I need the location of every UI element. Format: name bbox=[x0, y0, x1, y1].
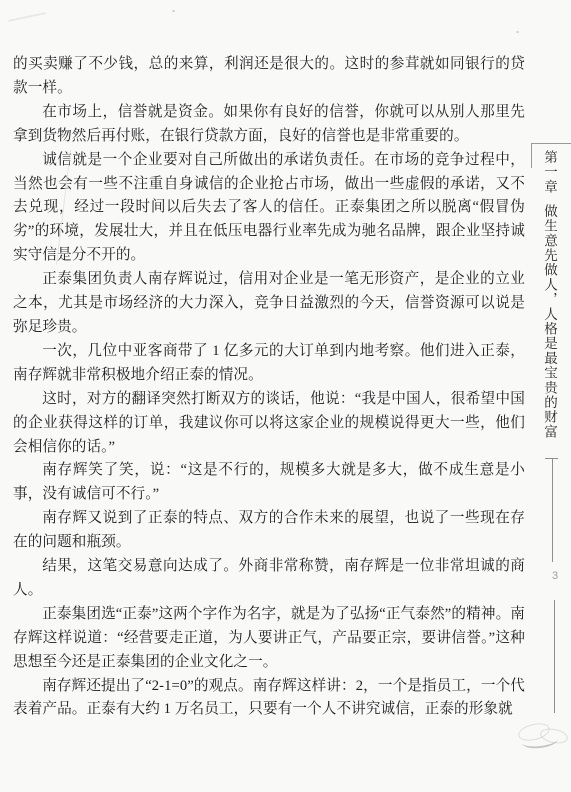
paragraph: 南存辉又说到了正泰的特点、双方的合作未来的展望，也说了一些现在存在的问题和瓶颈。 bbox=[13, 507, 525, 555]
paragraph: 结果，这笔交易意向达成了。外商非常称赞，南存辉是一位非常坦诚的商人。 bbox=[13, 555, 525, 603]
paragraph: 正泰集团负责人南存辉说过，信用对企业是一笔无形资产，是企业的立业之本，尤其是市场… bbox=[13, 268, 525, 340]
paragraph: 南存辉笑了笑，说：“这是不行的，规模多大就是多大，做不成生意是小事，没有诚信可不… bbox=[13, 459, 525, 507]
body-text: 的买卖赚了不少钱，总的来算，利润还是很大的。这时的参茸就如同银行的贷款一样。在市… bbox=[13, 53, 525, 722]
paragraph: 在市场上，信誉就是资金。如果你有良好的信誉，你就可以从别人那里先拿到货物然后再付… bbox=[13, 101, 525, 149]
paragraph: 诚信就是一个企业要对自己所做出的承诺负责任。在市场的竞争过程中，当然也会有一些不… bbox=[13, 149, 525, 269]
paragraph: 这时，对方的翻译突然打断双方的谈话，他说：“我是中国人，很希望中国的企业获得这样… bbox=[13, 388, 525, 460]
paragraph: 一次，几位中亚客商带了 1 亿多元的大订单到内地考察。他们进入正泰，南存辉就非常… bbox=[13, 340, 525, 388]
paragraph: 的买卖赚了不少钱，总的来算，利润还是很大的。这时的参茸就如同银行的贷款一样。 bbox=[13, 53, 525, 101]
sidebar-rule-top bbox=[552, 458, 553, 562]
paragraph: 正泰集团选“正泰”这两个字作为名字，就是为了弘扬“正气泰然”的精神。南存辉这样说… bbox=[13, 603, 525, 675]
chapter-title: 第一章做生意先做人，人格是最宝贵的财富 bbox=[542, 150, 559, 450]
scan-smudge bbox=[8, 12, 46, 22]
chapter-title-text: 做生意先做人，人格是最宝贵的财富 bbox=[542, 204, 557, 439]
book-page: 的买卖赚了不少钱，总的来算，利润还是很大的。这时的参茸就如同银行的贷款一样。在市… bbox=[0, 0, 571, 792]
chapter-label: 第一章 bbox=[542, 150, 557, 194]
sidebar-rule-bottom bbox=[554, 600, 555, 713]
scan-crumple-mark bbox=[500, 720, 571, 780]
scan-speck bbox=[172, 10, 175, 12]
paragraph: 南存辉还提出了“2-1=0”的观点。南存辉这样讲：2，一个是指员工，一个代表着产… bbox=[13, 675, 525, 723]
scan-speck bbox=[516, 31, 519, 33]
page-number: 3 bbox=[552, 570, 558, 582]
